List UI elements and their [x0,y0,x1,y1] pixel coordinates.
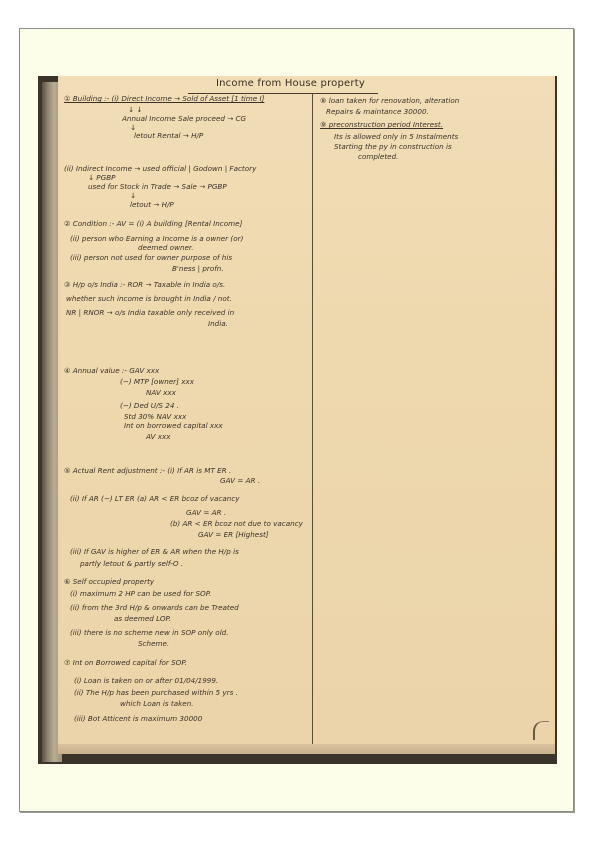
note-line: completed. [358,152,398,161]
note-line: letout Rental → H/P [134,131,203,140]
note-line: letout → H/P [130,200,174,209]
note-heading: ⑤ Actual Rent adjustment :- (i) If AR is… [64,466,231,475]
page-title: Income from House property [216,78,365,89]
note-line: (i) Loan is taken on or after 01/04/1999… [74,676,218,685]
notebook-page: Income from House property ① Building :-… [58,76,555,754]
note-line: Repairs & maintance 30000. [326,107,429,116]
note-line: GAV = AR . [186,508,226,517]
note-line: GAV = AR . [220,476,260,485]
note-line: Scheme. [138,639,169,648]
note-heading: ③ H/p o/s India :- ROR → Taxable in Indi… [64,280,225,289]
note-line: (−) MTP [owner] xxx [120,377,194,386]
note-line: (iii) there is no scheme new in SOP only… [70,628,229,637]
note-line: which Loan is taken. [120,699,194,708]
note-line: ① Building :- (i) Direct Income → Sold o… [64,94,264,103]
note-line: deemed owner. [138,243,194,252]
note-line: (iii) person not used for owner purpose … [70,253,232,262]
note-heading: ② Condition :- AV = (i) A building [Rent… [64,219,242,228]
note-line: ↓ PGBP [88,173,115,182]
note-line: GAV = ER [Highest] [198,530,269,539]
note-line: Std 30% NAV xxx [124,412,186,421]
note-line: India. [208,319,228,328]
note-heading: ⑦ Int on Borrowed capital for SOP. [64,658,187,667]
note-line: (ii) person who Earning a Income is a ow… [70,234,243,243]
note-line: Int on borrowed capital xxx [124,421,223,430]
note-line: ⑧ loan taken for renovation, alteration [320,96,459,105]
note-heading: ⑨ preconstruction period Interest. [320,120,443,129]
note-line: used for Stock in Trade → Sale → PGBP [88,182,227,191]
note-line: Starting the py in construction is [334,142,452,151]
column-divider [312,94,313,754]
note-line: (ii) from the 3rd H/p & onwards can be T… [70,603,239,612]
note-heading: ④ Annual value :- GAV xxx [64,366,159,375]
note-line: as deemed LOP. [114,614,171,623]
note-line: partly letout & partly self-O . [80,559,183,568]
note-line: (ii) The H/p has been purchased within 5… [74,688,238,697]
note-line: (ii) Indirect Income → used official | G… [64,164,256,173]
note-line: NAV xxx [146,388,176,397]
note-line: whether such income is brought in India … [66,294,232,303]
note-line: (b) AR < ER bcoz not due to vacancy [170,519,303,528]
note-line: Annual Income Sale proceed → CG [122,114,246,123]
note-line: ↓ ↓ [128,105,142,114]
note-line: (iii) If GAV is higher of ER & AR when t… [70,547,239,556]
note-line: AV xxx [146,432,171,441]
note-line: Its is allowed only in 5 Instalments [334,132,458,141]
note-line: (ii) If AR (−) LT ER (a) AR < ER bcoz of… [70,494,240,503]
note-line: NR | RNOR → o/s India taxable only recei… [66,308,234,317]
note-line: (i) maximum 2 HP can be used for SOP. [70,589,211,598]
note-line: ↓ [130,191,136,200]
notebook-photo: Income from House property ① Building :-… [38,76,557,764]
note-line: (iii) Bot Atticent is maximum 30000 [74,714,202,723]
note-line: (−) Ded U/S 24 . [120,401,179,410]
note-line: B'ness | profn. [172,264,224,273]
note-heading: ⑥ Self occupied property [64,577,154,586]
page-curl [533,721,549,740]
